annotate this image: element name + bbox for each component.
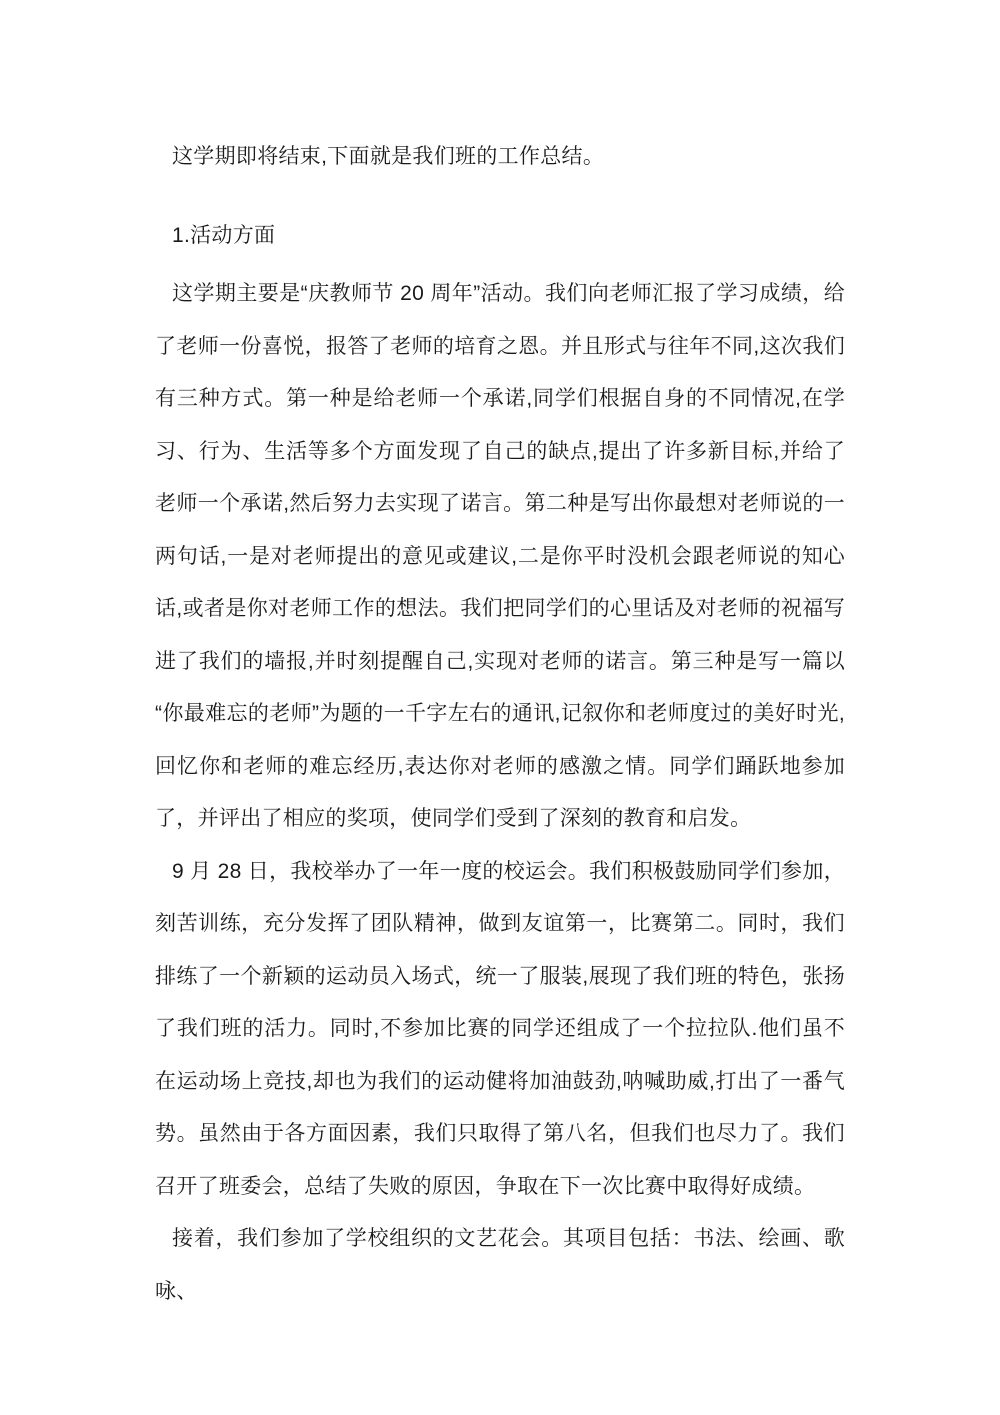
paragraph-arts-festival: 接着，我们参加了学校组织的文艺花会。其项目包括：书法、绘画、歌咏、	[155, 1213, 845, 1318]
section-heading: 1.活动方面	[155, 210, 845, 263]
intro-paragraph: 这学期即将结束,下面就是我们班的工作总结。	[155, 131, 845, 184]
document-page: 这学期即将结束,下面就是我们班的工作总结。 1.活动方面 这学期主要是“庆教师节…	[0, 0, 1000, 1415]
paragraph-teachers-day-activities: 这学期主要是“庆教师节 20 周年”活动。我们向老师汇报了学习成绩，给了老师一份…	[155, 268, 845, 846]
paragraph-school-sports-meet: 9 月 28 日，我校举办了一年一度的校运会。我们积极鼓励同学们参加，刻苦训练，…	[155, 846, 845, 1214]
